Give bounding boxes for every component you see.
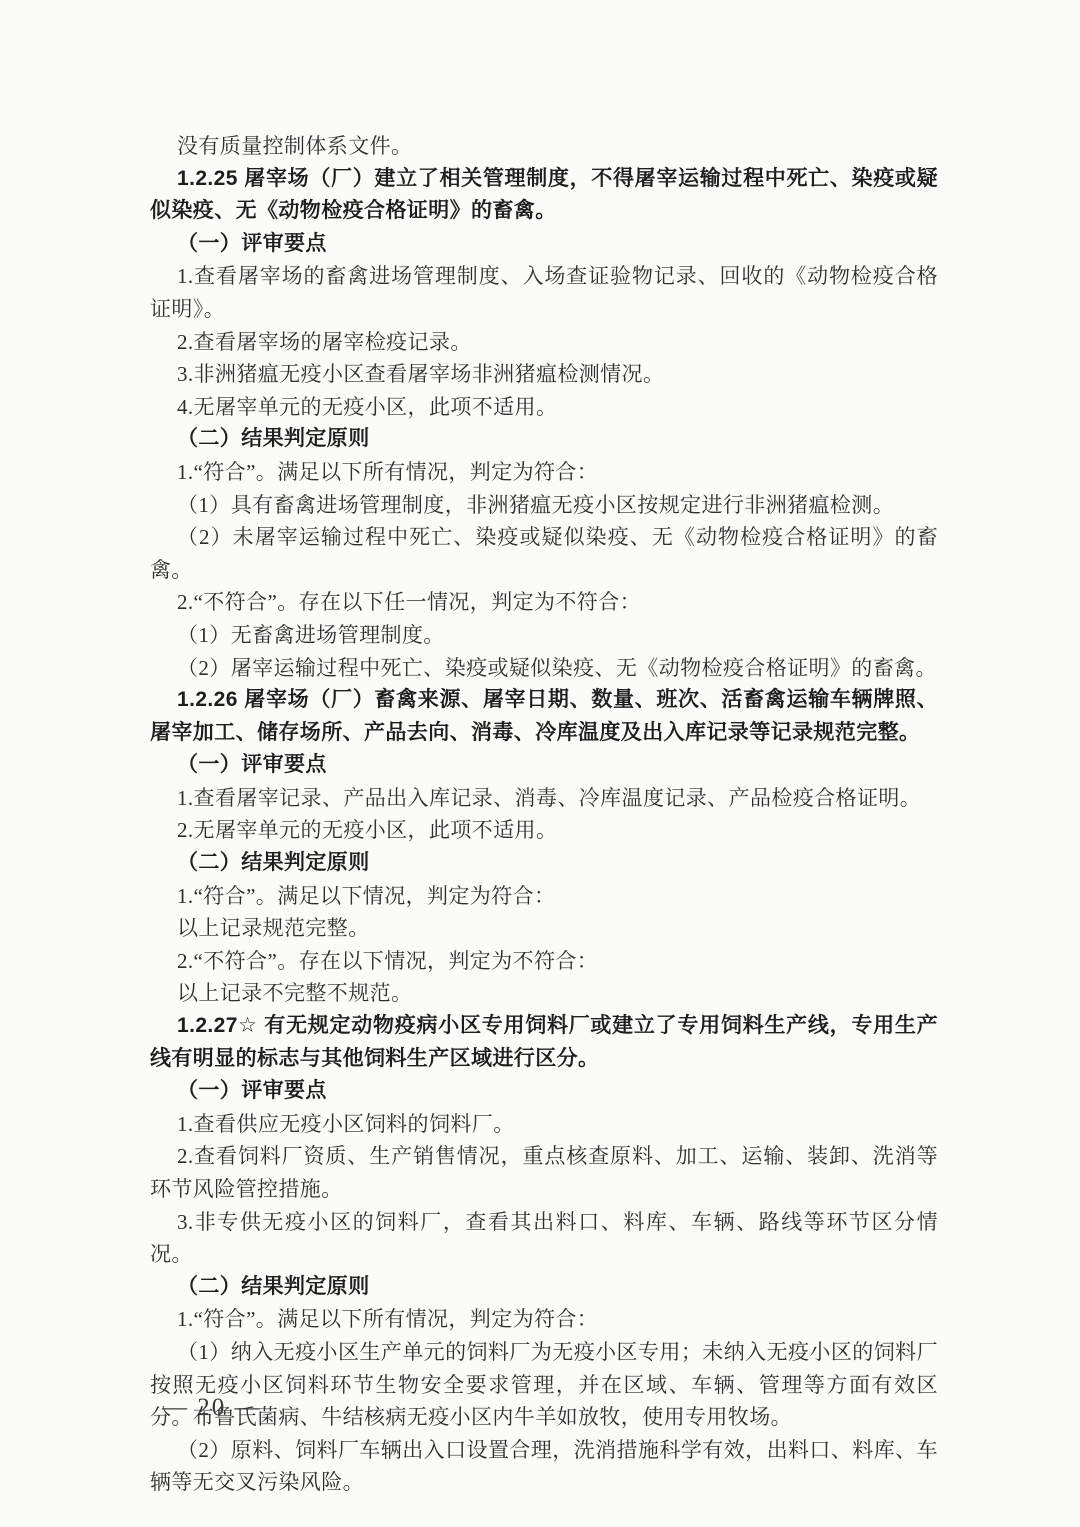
paragraph-11: （2）未屠宰运输过程中死亡、染疫或疑似染疫、无《动物检疫合格证明》的畜禽。 [150,521,938,586]
paragraph-3: （一）评审要点 [150,228,938,261]
paragraph-30: 1.“符合”。满足以下所有情况，判定为符合： [150,1303,938,1336]
paragraph-1: 没有质量控制体系文件。 [150,130,938,163]
paragraph-17: 1.查看屠宰记录、产品出入库记录、消毒、冷库温度记录、产品检疫合格证明。 [150,782,938,815]
paragraph-25: （一）评审要点 [150,1075,938,1108]
page-number: — 20 — [162,1394,262,1421]
paragraph-20: 1.“符合”。满足以下情况，判定为符合： [150,880,938,913]
paragraph-18: 2.无屠宰单元的无疫小区，此项不适用。 [150,814,938,847]
paragraph-8: （二）结果判定原则 [150,423,938,456]
page-footer: — 20 — [162,1394,262,1422]
paragraph-27: 2.查看饲料厂资质、生产销售情况，重点核查原料、加工、运输、装卸、洗消等环节风险… [150,1140,938,1205]
paragraph-9: 1.“符合”。满足以下所有情况，判定为符合： [150,456,938,489]
paragraph-5: 2.查看屠宰场的屠宰检疫记录。 [150,326,938,359]
paragraph-13: （1）无畜禽进场管理制度。 [150,619,938,652]
paragraph-4: 1.查看屠宰场的畜禽进场管理制度、入场查证验物记录、回收的《动物检疫合格证明》。 [150,260,938,325]
paragraph-31: （1）纳入无疫小区生产单元的饲料厂为无疫小区专用；未纳入无疫小区的饲料厂按照无疫… [150,1336,938,1434]
paragraph-19: （二）结果判定原则 [150,847,938,880]
document-page: 没有质量控制体系文件。1.2.25 屠宰场（厂）建立了相关管理制度，不得屠宰运输… [0,0,1080,1527]
paragraph-15: 1.2.26 屠宰场（厂）畜禽来源、屠宰日期、数量、班次、活畜禽运输车辆牌照、屠… [150,684,938,749]
paragraph-28: 3.非专供无疫小区的饲料厂，查看其出料口、料库、车辆、路线等环节区分情况。 [150,1206,938,1271]
paragraph-26: 1.查看供应无疫小区饲料的饲料厂。 [150,1108,938,1141]
paragraph-10: （1）具有畜禽进场管理制度，非洲猪瘟无疫小区按规定进行非洲猪瘟检测。 [150,489,938,522]
paragraph-23: 以上记录不完整不规范。 [150,977,938,1010]
paragraph-2: 1.2.25 屠宰场（厂）建立了相关管理制度，不得屠宰运输过程中死亡、染疫或疑似… [150,163,938,228]
paragraph-21: 以上记录规范完整。 [150,912,938,945]
paragraph-22: 2.“不符合”。存在以下情况，判定为不符合： [150,945,938,978]
paragraph-16: （一）评审要点 [150,749,938,782]
paragraph-6: 3.非洲猪瘟无疫小区查看屠宰场非洲猪瘟检测情况。 [150,358,938,391]
paragraph-24: 1.2.27☆ 有无规定动物疫病小区专用饲料厂或建立了专用饲料生产线，专用生产线… [150,1010,938,1075]
paragraph-7: 4.无屠宰单元的无疫小区，此项不适用。 [150,391,938,424]
paragraph-32: （2）原料、饲料厂车辆出入口设置合理，洗消措施科学有效，出料口、料库、车辆等无交… [150,1434,938,1499]
paragraph-29: （二）结果判定原则 [150,1271,938,1304]
paragraph-12: 2.“不符合”。存在以下任一情况，判定为不符合： [150,586,938,619]
paragraph-14: （2）屠宰运输过程中死亡、染疫或疑似染疫、无《动物检疫合格证明》的畜禽。 [150,652,938,685]
document-body: 没有质量控制体系文件。1.2.25 屠宰场（厂）建立了相关管理制度，不得屠宰运输… [150,130,938,1499]
